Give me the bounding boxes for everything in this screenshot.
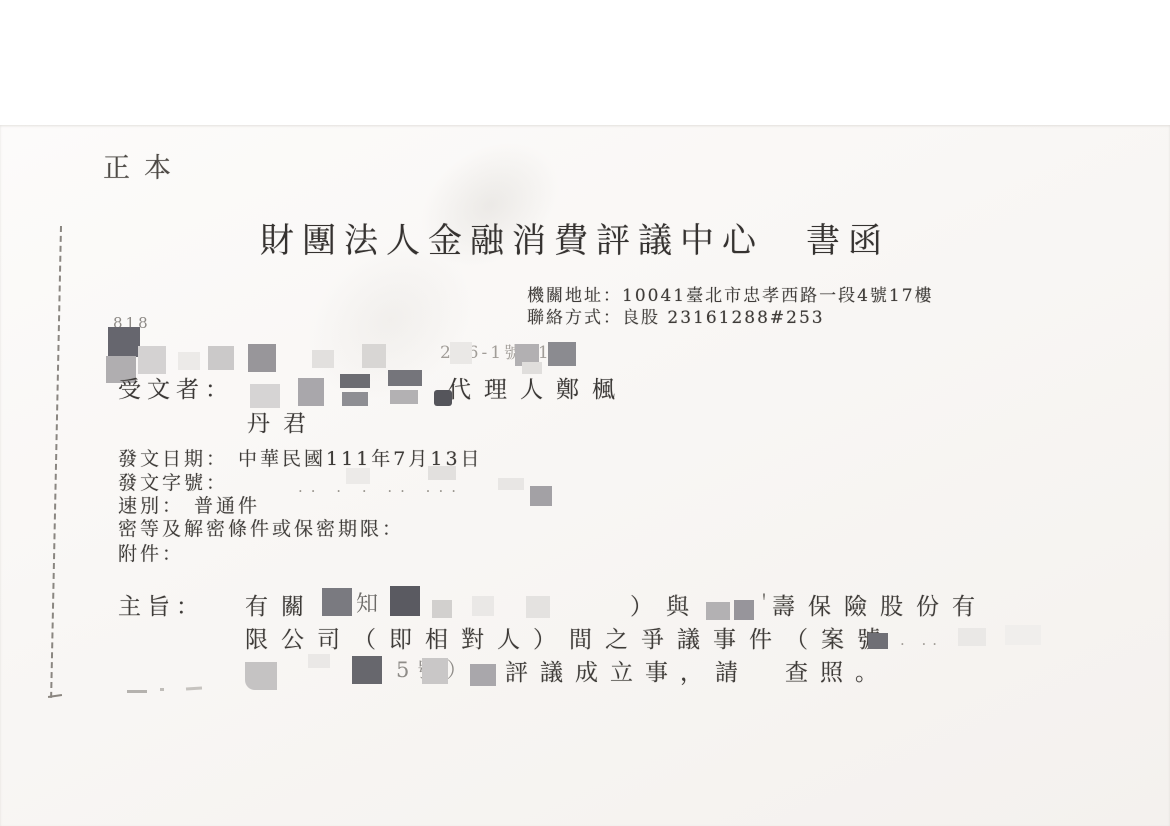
- doc-number-row: 發文字號：: [118, 473, 228, 495]
- redaction-block: [522, 362, 542, 374]
- scanned-letter-canvas: 正本 財團法人金融消費評議中心 書函 機關地址：10041臺北市忠孝西路一段4號…: [0, 0, 1170, 826]
- copy-type-label: 正本: [103, 153, 185, 184]
- redaction-block: [432, 600, 452, 618]
- redaction-block: [340, 374, 370, 388]
- redaction-block: [388, 370, 422, 386]
- attachment-row: 附件：: [118, 544, 184, 566]
- redaction-block: [342, 392, 368, 406]
- recipient-agent-text: 代理人鄭楓: [448, 377, 628, 403]
- redaction-block: [498, 478, 524, 490]
- redaction-block: [248, 344, 276, 372]
- subject-line2: 限公司（即相對人）間之爭議事件（案號: [245, 627, 893, 653]
- speed-label: 速別：: [118, 495, 184, 517]
- subject-line3: 評議成立事，請 查照。: [505, 660, 890, 686]
- agency-address-line: 機關地址：10041臺北市忠孝西路一段4號17樓: [527, 287, 934, 307]
- redaction-block: [298, 378, 324, 406]
- redaction-block: [1005, 625, 1041, 645]
- agency-contact-line: 聯絡方式：良股 23161288#253: [527, 309, 825, 329]
- redaction-block: [138, 346, 166, 374]
- redaction-block: [868, 633, 888, 649]
- doc-number-ghost-dots: ·· · · ·· ···: [298, 483, 464, 500]
- subject-line2-ghost-dots: · ··: [900, 636, 943, 653]
- redaction-block: [346, 468, 370, 484]
- subject-line1-ghost: 知: [356, 592, 378, 617]
- subject-line1-apostrophe: ＇: [754, 592, 774, 615]
- redaction-block: [362, 344, 386, 368]
- redaction-block: [322, 588, 352, 616]
- redaction-block: [250, 384, 280, 408]
- redaction-block: [472, 596, 494, 616]
- letter-title: 財團法人金融消費評議中心 書函: [260, 222, 890, 261]
- issue-date-label: 發文日期：: [118, 448, 228, 470]
- recipient-label: 受文者：: [118, 377, 234, 403]
- speed-row: 速別：普通件: [118, 496, 260, 518]
- redaction-block: [352, 656, 382, 684]
- cutoff-text-mark: [127, 690, 147, 693]
- recipient-agent-text-line2: 丹君: [247, 411, 319, 437]
- redaction-block: [422, 658, 448, 684]
- redaction-block: [548, 342, 576, 366]
- subject-line1-mid: ）與: [630, 594, 702, 620]
- redaction-block: [390, 586, 420, 616]
- redaction-block: [390, 390, 418, 404]
- redaction-block: [450, 342, 472, 364]
- doc-number-label: 發文字號：: [118, 472, 228, 494]
- subject-line1-start: 有關: [245, 594, 317, 620]
- redaction-block: [308, 654, 330, 668]
- security-row: 密等及解密條件或保密期限：: [118, 519, 404, 541]
- redaction-block: [178, 352, 200, 370]
- redaction-block: [108, 327, 140, 357]
- cutoff-text-mark: [160, 688, 164, 691]
- redaction-block: [312, 350, 334, 368]
- subject-label: 主旨：: [118, 594, 205, 620]
- redaction-block: [706, 602, 730, 620]
- redaction-block: [530, 486, 552, 506]
- redaction-block: [526, 596, 550, 618]
- subject-line1-end: 壽保險股份有: [772, 594, 988, 620]
- redaction-block: [208, 346, 234, 370]
- redaction-block: [470, 664, 496, 686]
- redaction-block: [245, 662, 277, 690]
- redaction-block: [734, 600, 754, 620]
- redaction-block: [958, 628, 986, 646]
- redaction-block: [428, 466, 456, 480]
- speed-value: 普通件: [194, 495, 260, 517]
